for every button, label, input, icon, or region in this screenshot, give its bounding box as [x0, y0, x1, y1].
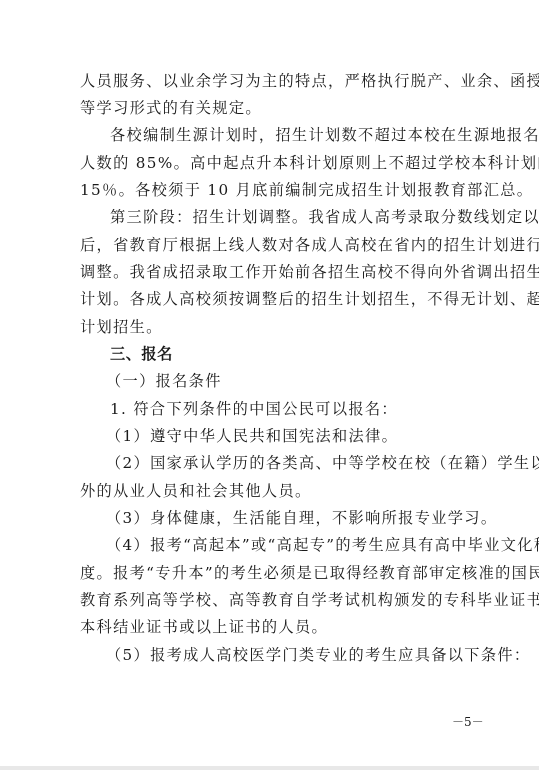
paragraph-line: 度。报考“专升本”的考生必须是已取得经教育部审定核准的国民	[80, 563, 470, 583]
list-item: （5）报考成人高校医学门类专业的考生应具备以下条件：	[106, 645, 496, 665]
paragraph-line: 人员服务、以业余学习为主的特点，严格执行脱产、业余、函授	[80, 71, 470, 91]
paragraph-line: 计划。各成人高校须按调整后的招生计划招生，不得无计划、超	[80, 289, 470, 309]
list-item: （3）身体健康，生活能自理，不影响所报专业学习。	[106, 508, 496, 528]
paragraph-line: 外的从业人员和社会其他人员。	[80, 481, 470, 501]
paragraph-line: 各校编制生源计划时，招生计划数不超过本校在生源地报名	[110, 125, 500, 145]
paragraph-line: 人数的 85%。高中起点升本科计划原则上不超过学校本科计划的	[80, 153, 470, 173]
paragraph-line: 计划招生。	[80, 317, 470, 337]
paragraph-line: 等学习形式的有关规定。	[80, 98, 470, 118]
paragraph-line: 本科结业证书或以上证书的人员。	[80, 617, 470, 637]
paragraph-line: 1. 符合下列条件的中国公民可以报名：	[110, 399, 500, 419]
page-edge-divider	[0, 766, 539, 770]
subsection-heading: （一）报名条件	[106, 371, 496, 391]
paragraph-line: 后，省教育厅根据上线人数对各成人高校在省内的招生计划进行	[80, 235, 470, 255]
paragraph-line: 15％。各校须于 10 月底前编制完成招生计划报教育部汇总。	[80, 180, 470, 200]
document-page: 人员服务、以业余学习为主的特点，严格执行脱产、业余、函授 等学习形式的有关规定。…	[0, 0, 539, 766]
list-item: （2）国家承认学历的各类高、中等学校在校（在籍）学生以	[106, 453, 496, 473]
list-item: （1）遵守中华人民共和国宪法和法律。	[106, 426, 496, 446]
paragraph-line: 第三阶段：招生计划调整。我省成人高考录取分数线划定以	[110, 207, 500, 227]
list-item: （4）报考“高起本”或“高起专”的考生应具有高中毕业文化程	[106, 535, 496, 555]
section-heading: 三、报名	[110, 344, 500, 364]
paragraph-line: 教育系列高等学校、高等教育自学考试机构颁发的专科毕业证书、	[80, 590, 470, 610]
page-number: －5－	[452, 714, 484, 730]
paragraph-line: 调整。我省成招录取工作开始前各招生高校不得向外省调出招生	[80, 262, 470, 282]
